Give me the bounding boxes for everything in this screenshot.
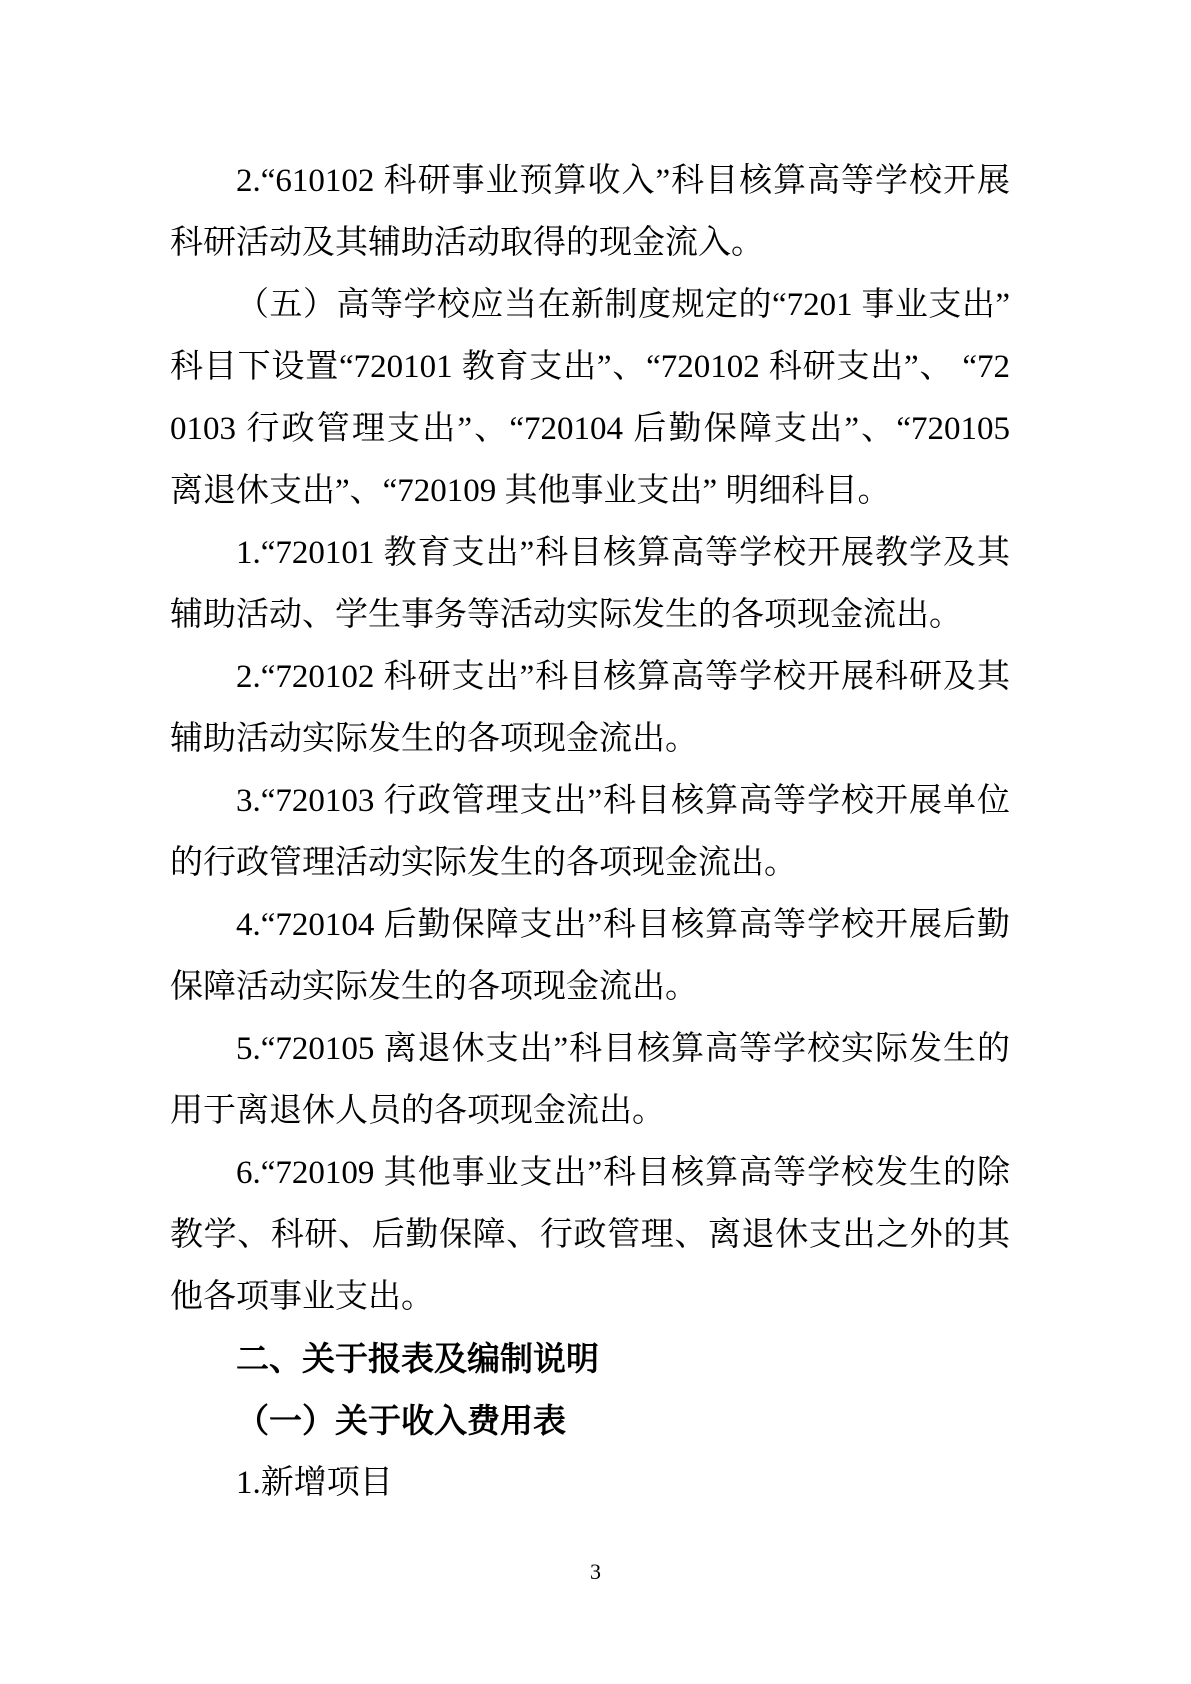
paragraph: 3.“720103 行政管理支出”科目核算高等学校开展单位的行政管理活动实际发生… [170,770,1010,894]
document-page: 2.“610102 科研事业预算收入”科目核算高等学校开展科研活动及其辅助活动取… [0,0,1191,1684]
section-heading: 二、关于报表及编制说明 [170,1328,1010,1390]
paragraph: 1.“720101 教育支出”科目核算高等学校开展教学及其辅助活动、学生事务等活… [170,522,1010,646]
document-body: 2.“610102 科研事业预算收入”科目核算高等学校开展科研活动及其辅助活动取… [170,150,1010,1514]
paragraph: （五）高等学校应当在新制度规定的“7201 事业支出”科目下设置“720101 … [170,274,1010,522]
paragraph: 6.“720109 其他事业支出”科目核算高等学校发生的除教学、科研、后勤保障、… [170,1142,1010,1328]
paragraph: 2.“720102 科研支出”科目核算高等学校开展科研及其辅助活动实际发生的各项… [170,646,1010,770]
paragraph: 5.“720105 离退休支出”科目核算高等学校实际发生的用于离退休人员的各项现… [170,1018,1010,1142]
paragraph: 4.“720104 后勤保障支出”科目核算高等学校开展后勤保障活动实际发生的各项… [170,894,1010,1018]
page-number: 3 [0,1558,1191,1586]
paragraph: 2.“610102 科研事业预算收入”科目核算高等学校开展科研活动及其辅助活动取… [170,150,1010,274]
section-heading: （一）关于收入费用表 [170,1390,1010,1452]
paragraph: 1.新增项目 [170,1452,1010,1514]
